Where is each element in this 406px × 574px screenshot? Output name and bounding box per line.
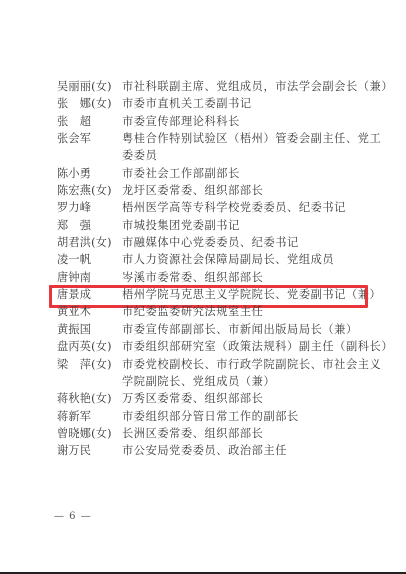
position-title: 岑溪市委常委、组织部部长 (122, 269, 377, 286)
list-item: 罗力峰梧州医学高等专科学校党委委员、纪委书记 (57, 199, 377, 216)
position-title-line: 市委市直机关工委副书记 (122, 95, 377, 112)
position-title-line: 委委员 (122, 147, 381, 164)
position-title: 粤桂合作特别试验区（梧州）管委会副主任、党工委委员 (122, 130, 381, 165)
position-title: 梧州学院马克思主义学院院长、党委副书记（兼） (122, 286, 381, 303)
person-name: 唐景成 (57, 286, 122, 303)
list-item: 梁 萍(女)市委党校副校长、市行政学院副院长、市社会主义学院副院长、党组成员（兼… (57, 356, 377, 391)
list-item: 陈宏燕(女)龙圩区委常委、组织部部长 (57, 182, 377, 199)
position-title-line: 市委社会工作部副部长 (122, 165, 377, 182)
position-title: 长洲区委常委、组织部部长 (122, 425, 377, 442)
position-title: 梧州医学高等专科学校党委委员、纪委书记 (122, 199, 377, 216)
person-name: 谢万民 (57, 442, 122, 459)
list-item: 张 娜(女)市委市直机关工委副书记 (57, 95, 377, 112)
position-title-line: 市委宣传部副部长、市新闻出版局局长（兼） (122, 321, 377, 338)
list-item: 曾晓娜(女)长洲区委常委、组织部部长 (57, 425, 377, 442)
person-name: 黄振国 (57, 321, 122, 338)
list-item: 唐钟南岑溪市委常委、组织部部长 (57, 269, 377, 286)
person-name: 唐钟南 (57, 269, 122, 286)
person-name: 曾晓娜(女) (57, 425, 122, 442)
position-title-line: 市社科联副主席、党组成员，市法学会副会长（兼） (122, 78, 393, 95)
position-title: 市公安局党委委员、政治部主任 (122, 442, 377, 459)
person-name: 张会军 (57, 130, 122, 147)
list-item: 黄亚木市纪委监委研究法规室主任 (57, 303, 377, 320)
person-name: 吴丽丽(女) (57, 78, 122, 95)
position-title-line: 粤桂合作特别试验区（梧州）管委会副主任、党工 (122, 130, 381, 147)
list-item: 蒋新军市委组织部分管日常工作的副部长 (57, 408, 377, 425)
position-title: 市社科联副主席、党组成员，市法学会副会长（兼） (122, 78, 393, 95)
person-name: 胡君洪(女) (57, 234, 122, 251)
position-title-line: 龙圩区委常委、组织部部长 (122, 182, 377, 199)
list-item: 凌一帆市人力资源社会保障局副局长、党组成员 (57, 251, 377, 268)
list-item: 张 超市委宣传部理论科科长 (57, 113, 377, 130)
position-title: 市人力资源社会保障局副局长、党组成员 (122, 251, 377, 268)
person-name: 陈小勇 (57, 165, 122, 182)
person-name: 凌一帆 (57, 251, 122, 268)
position-title: 龙圩区委常委、组织部部长 (122, 182, 377, 199)
person-name: 罗力峰 (57, 199, 122, 216)
list-item: 郑 强市城投集团党委副书记 (57, 217, 377, 234)
highlighted-list-item: 唐景成梧州学院马克思主义学院院长、党委副书记（兼） (57, 286, 377, 303)
position-title: 市委市直机关工委副书记 (122, 95, 377, 112)
position-title: 市融媒体中心党委委员、纪委书记 (122, 234, 377, 251)
position-title-line: 长洲区委常委、组织部部长 (122, 425, 377, 442)
page-number: — 6 — (54, 511, 92, 522)
document-page: 吴丽丽(女)市社科联副主席、党组成员，市法学会副会长（兼）张 娜(女)市委市直机… (0, 0, 406, 572)
person-name: 郑 强 (57, 217, 122, 234)
list-item: 盘丙英(女)市委组织部研究室（政策法规科）副主任（副科长） (57, 338, 377, 355)
position-title: 市委社会工作部副部长 (122, 165, 377, 182)
position-title-line: 市委组织部分管日常工作的副部长 (122, 408, 377, 425)
position-title-line: 市人力资源社会保障局副局长、党组成员 (122, 251, 377, 268)
person-name: 梁 萍(女) (57, 356, 122, 373)
position-title-line: 市委党校副校长、市行政学院副院长、市社会主义 (122, 356, 381, 373)
position-title-line: 市融媒体中心党委委员、纪委书记 (122, 234, 377, 251)
position-title-line: 万秀区委常委、组织部部长 (122, 390, 377, 407)
list-item: 黄振国市委宣传部副部长、市新闻出版局局长（兼） (57, 321, 377, 338)
person-name: 黄亚木 (57, 303, 122, 320)
position-title-line: 梧州医学高等专科学校党委委员、纪委书记 (122, 199, 377, 216)
list-item: 吴丽丽(女)市社科联副主席、党组成员，市法学会副会长（兼） (57, 78, 377, 95)
person-name: 蒋新军 (57, 408, 122, 425)
position-title-line: 市城投集团党委副书记 (122, 217, 377, 234)
position-title: 市委组织部分管日常工作的副部长 (122, 408, 377, 425)
position-title-line: 学院副院长、党组成员（兼） (122, 373, 381, 390)
position-title-line: 梧州学院马克思主义学院院长、党委副书记（兼） (122, 286, 381, 303)
position-title: 万秀区委常委、组织部部长 (122, 390, 377, 407)
position-title: 市纪委监委研究法规室主任 (122, 303, 377, 320)
position-title-line: 市委组织部研究室（政策法规科）副主任（副科长） (122, 338, 393, 355)
list-item: 陈小勇市委社会工作部副部长 (57, 165, 377, 182)
position-title-line: 岑溪市委常委、组织部部长 (122, 269, 377, 286)
person-name: 陈宏燕(女) (57, 182, 122, 199)
person-name: 张 娜(女) (57, 95, 122, 112)
list-item: 张会军粤桂合作特别试验区（梧州）管委会副主任、党工委委员 (57, 130, 377, 165)
person-name: 张 超 (57, 113, 122, 130)
list-item: 谢万民市公安局党委委员、政治部主任 (57, 442, 377, 459)
position-title: 市城投集团党委副书记 (122, 217, 377, 234)
position-title-line: 市纪委监委研究法规室主任 (122, 303, 377, 320)
position-title-line: 市委宣传部理论科科长 (122, 113, 377, 130)
position-title-line: 市公安局党委委员、政治部主任 (122, 442, 377, 459)
list-item: 蒋秋艳(女)万秀区委常委、组织部部长 (57, 390, 377, 407)
position-title: 市委宣传部理论科科长 (122, 113, 377, 130)
position-title: 市委宣传部副部长、市新闻出版局局长（兼） (122, 321, 377, 338)
list-item: 胡君洪(女)市融媒体中心党委委员、纪委书记 (57, 234, 377, 251)
person-name: 盘丙英(女) (57, 338, 122, 355)
position-title: 市委党校副校长、市行政学院副院长、市社会主义学院副院长、党组成员（兼） (122, 356, 381, 391)
appointment-list: 吴丽丽(女)市社科联副主席、党组成员，市法学会副会长（兼）张 娜(女)市委市直机… (57, 78, 377, 460)
person-name: 蒋秋艳(女) (57, 390, 122, 407)
position-title: 市委组织部研究室（政策法规科）副主任（副科长） (122, 338, 393, 355)
